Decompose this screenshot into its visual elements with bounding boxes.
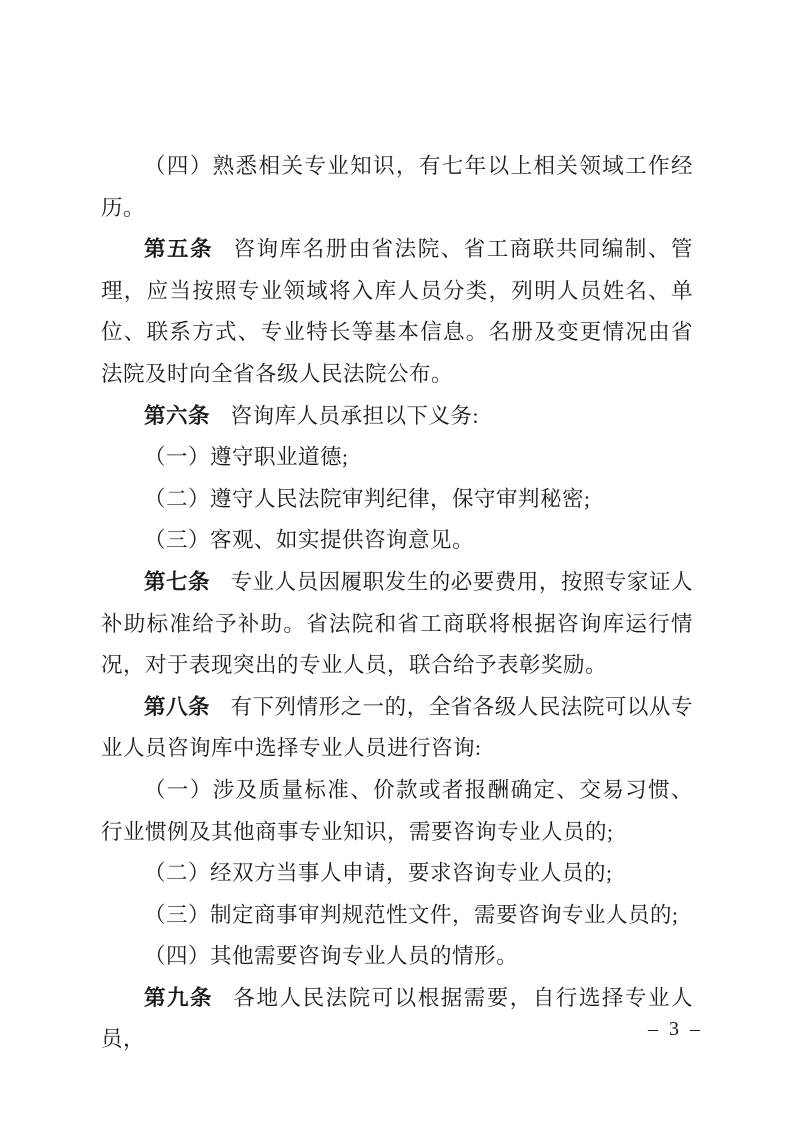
article-number: 第六条 <box>144 404 210 428</box>
paragraph: （二）遵守人民法院审判纪律，保守审判秘密; <box>101 479 693 521</box>
paragraph: 第九条各地人民法院可以根据需要，自行选择专业人员， <box>101 978 693 1061</box>
article-number: 第七条 <box>144 570 210 594</box>
paragraph: （三）制定商事审判规范性文件，需要咨询专业人员的; <box>101 895 693 937</box>
paragraph-text: （四）熟悉相关专业知识，有七年以上相关领域工作经历。 <box>101 154 693 220</box>
paragraph-text: （二）经双方当事人申请，要求咨询专业人员的; <box>144 861 612 885</box>
paragraph-text: （三）客观、如实提供咨询意见。 <box>144 528 474 552</box>
paragraph: （四）熟悉相关专业知识，有七年以上相关领域工作经历。 <box>101 146 693 229</box>
document-body: （四）熟悉相关专业知识，有七年以上相关领域工作经历。 第五条咨询库名册由省法院、… <box>101 146 693 1061</box>
paragraph: （一）遵守职业道德; <box>101 437 693 479</box>
paragraph-text: （二）遵守人民法院审判纪律，保守审判秘密; <box>144 487 590 511</box>
article-number: 第八条 <box>144 695 210 719</box>
paragraph-text: （一）遵守职业道德; <box>144 445 348 469</box>
paragraph: 第六条咨询库人员承担以下义务: <box>101 396 693 438</box>
paragraph: 第七条专业人员因履职发生的必要费用，按照专家证人补助标准给予补助。省法院和省工商… <box>101 562 693 687</box>
paragraph-text: （三）制定商事审判规范性文件，需要咨询专业人员的; <box>144 903 678 927</box>
paragraph: （三）客观、如实提供咨询意见。 <box>101 520 693 562</box>
document-page: （四）熟悉相关专业知识，有七年以上相关领域工作经历。 第五条咨询库名册由省法院、… <box>0 0 793 1122</box>
paragraph: （二）经双方当事人申请，要求咨询专业人员的; <box>101 853 693 895</box>
paragraph-text: （一）涉及质量标准、价款或者报酬确定、交易习惯、行业惯例及其他商事专业知识，需要… <box>101 778 693 844</box>
article-number: 第五条 <box>144 237 213 261</box>
page-number: – 3 – <box>648 1018 703 1041</box>
paragraph-text: 咨询库人员承担以下义务: <box>230 404 478 428</box>
paragraph: （一）涉及质量标准、价款或者报酬确定、交易习惯、行业惯例及其他商事专业知识，需要… <box>101 770 693 853</box>
paragraph-text: （四）其他需要咨询专业人员的情形。 <box>144 944 518 968</box>
paragraph: 第八条有下列情形之一的，全省各级人民法院可以从专业人员咨询库中选择专业人员进行咨… <box>101 687 693 770</box>
paragraph: （四）其他需要咨询专业人员的情形。 <box>101 936 693 978</box>
article-number: 第九条 <box>144 986 213 1010</box>
paragraph: 第五条咨询库名册由省法院、省工商联共同编制、管理，应当按照专业领域将入库人员分类… <box>101 229 693 395</box>
